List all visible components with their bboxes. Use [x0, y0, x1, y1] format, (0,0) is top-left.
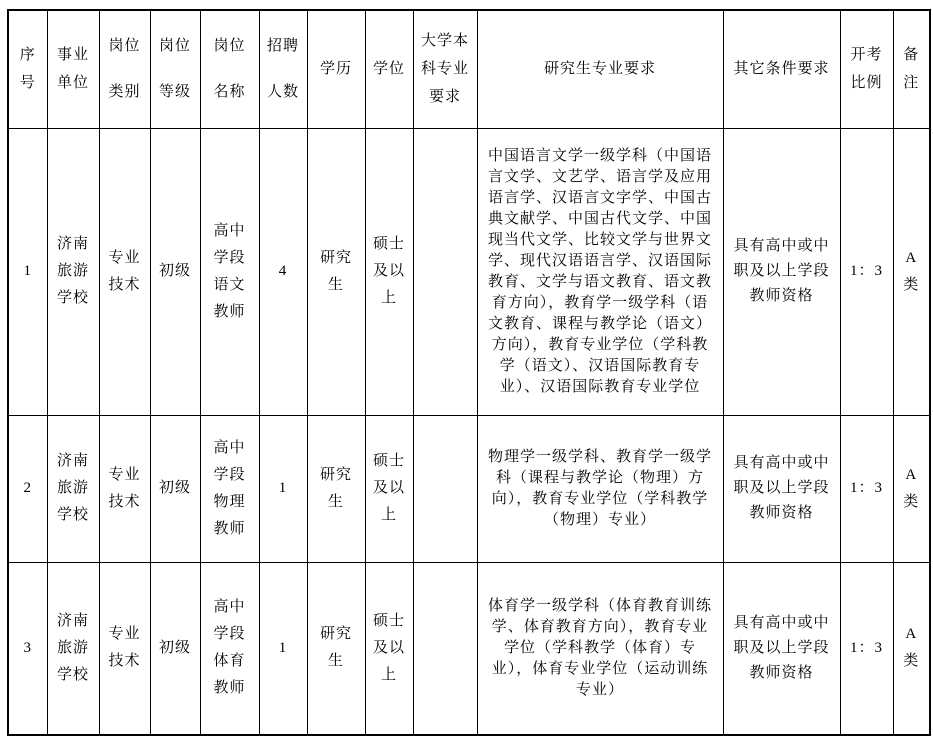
cell-grad-req: 体育学一级学科（体育教育训练学、体育教育方向），教育专业学位（学科教学（体育）专… [477, 562, 723, 735]
header-unit: 事业 单位 [47, 10, 99, 128]
cell-position: 高中 学段 物理 教师 [200, 415, 259, 562]
cell-unit: 济南 旅游 学校 [47, 128, 99, 415]
header-position: 岗位 名称 [200, 10, 259, 128]
cell-seq: 2 [8, 415, 47, 562]
cell-education: 研究 生 [307, 415, 365, 562]
document-page: 序 号 事业 单位 岗位 类别 岗位 等级 岗位 名称 招聘 人数 学历 学位 … [0, 0, 933, 744]
header-row: 序 号 事业 单位 岗位 类别 岗位 等级 岗位 名称 招聘 人数 学历 学位 … [8, 10, 930, 128]
cell-note: A 类 [893, 562, 930, 735]
cell-other-req: 具有高中或中职及以上学段教师资格 [723, 562, 840, 735]
header-ratio: 开考 比例 [840, 10, 893, 128]
table-row: 2 济南 旅游 学校 专业 技术 初级 高中 学段 物理 教师 1 研究 生 硕… [8, 415, 930, 562]
cell-position: 高中 学段 体育 教师 [200, 562, 259, 735]
cell-ratio: 1：3 [840, 415, 893, 562]
cell-count: 4 [259, 128, 307, 415]
cell-ratio: 1：3 [840, 562, 893, 735]
cell-seq: 3 [8, 562, 47, 735]
header-education: 学历 [307, 10, 365, 128]
cell-position: 高中 学段 语文 教师 [200, 128, 259, 415]
cell-category: 专业 技术 [99, 128, 150, 415]
cell-category: 专业 技术 [99, 415, 150, 562]
header-count: 招聘 人数 [259, 10, 307, 128]
recruitment-table: 序 号 事业 单位 岗位 类别 岗位 等级 岗位 名称 招聘 人数 学历 学位 … [7, 9, 931, 736]
cell-education: 研究 生 [307, 128, 365, 415]
table-row: 3 济南 旅游 学校 专业 技术 初级 高中 学段 体育 教师 1 研究 生 硕… [8, 562, 930, 735]
header-undergrad-req: 大学本 科专业 要求 [413, 10, 477, 128]
header-category: 岗位 类别 [99, 10, 150, 128]
header-note: 备 注 [893, 10, 930, 128]
cell-unit: 济南 旅游 学校 [47, 415, 99, 562]
cell-level: 初级 [150, 562, 200, 735]
cell-note: A 类 [893, 415, 930, 562]
header-other-req: 其它条件要求 [723, 10, 840, 128]
header-level: 岗位 等级 [150, 10, 200, 128]
cell-other-req: 具有高中或中职及以上学段教师资格 [723, 415, 840, 562]
cell-ratio: 1：3 [840, 128, 893, 415]
cell-count: 1 [259, 415, 307, 562]
cell-seq: 1 [8, 128, 47, 415]
cell-education: 研究 生 [307, 562, 365, 735]
cell-undergrad-req [413, 562, 477, 735]
cell-level: 初级 [150, 415, 200, 562]
cell-unit: 济南 旅游 学校 [47, 562, 99, 735]
cell-degree: 硕士 及以 上 [365, 128, 413, 415]
cell-category: 专业 技术 [99, 562, 150, 735]
cell-degree: 硕士 及以 上 [365, 415, 413, 562]
header-grad-req: 研究生专业要求 [477, 10, 723, 128]
cell-undergrad-req [413, 415, 477, 562]
cell-level: 初级 [150, 128, 200, 415]
header-degree: 学位 [365, 10, 413, 128]
cell-grad-req: 物理学一级学科、教育学一级学科（课程与教学论（物理）方向），教育专业学位（学科教… [477, 415, 723, 562]
table-row: 1 济南 旅游 学校 专业 技术 初级 高中 学段 语文 教师 4 研究 生 硕… [8, 128, 930, 415]
header-seq: 序 号 [8, 10, 47, 128]
cell-note: A 类 [893, 128, 930, 415]
cell-other-req: 具有高中或中职及以上学段教师资格 [723, 128, 840, 415]
cell-undergrad-req [413, 128, 477, 415]
cell-degree: 硕士 及以 上 [365, 562, 413, 735]
cell-grad-req: 中国语言文学一级学科（中国语言文学、文艺学、语言学及应用语言学、汉语言文字学、中… [477, 128, 723, 415]
cell-count: 1 [259, 562, 307, 735]
